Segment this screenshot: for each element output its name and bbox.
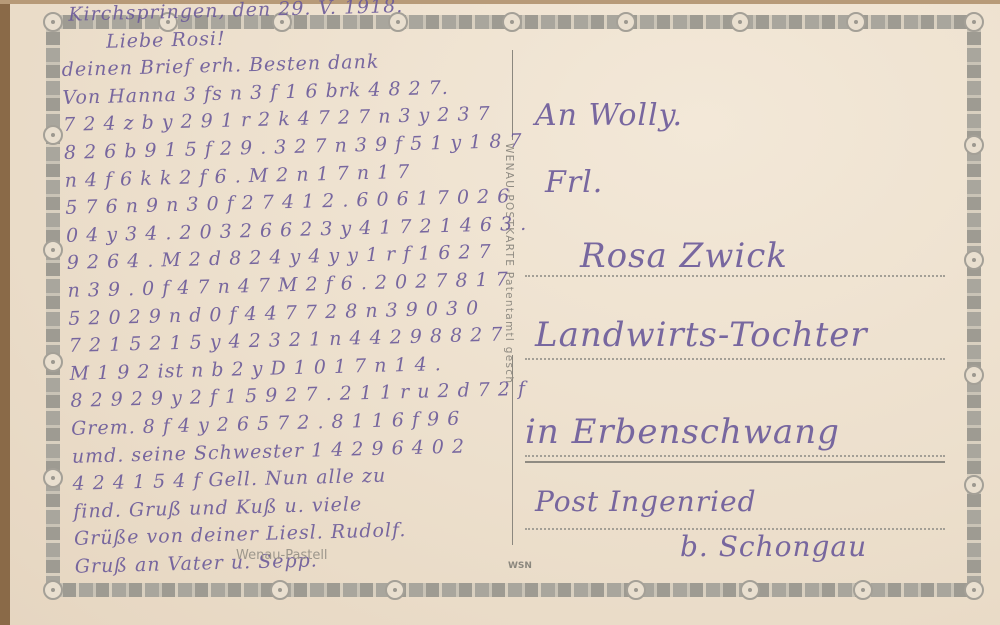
address-post: Post Ingenried: [535, 485, 757, 518]
rosette-ornament: [964, 580, 984, 600]
address-title: Frl.: [545, 165, 603, 200]
rosette-ornament: [270, 580, 290, 600]
rosette-ornament: [964, 365, 984, 385]
address-line-3: [525, 455, 945, 457]
rosette-ornament: [964, 135, 984, 155]
address-to: An Wolly.: [535, 98, 683, 133]
rosette-ornament: [964, 250, 984, 270]
address-name: Rosa Zwick: [580, 236, 788, 276]
message-text: Kirchspringen, den 29. V. 1918. Liebe Ro…: [60, 0, 536, 581]
address-occupation: Landwirts-Tochter: [535, 315, 868, 355]
rosette-ornament: [626, 580, 646, 600]
address-town: in Erbenschwang: [525, 412, 840, 452]
border-right: [967, 15, 981, 595]
rosette-ornament: [43, 240, 63, 260]
address-line-2: [525, 358, 945, 360]
border-bottom: [46, 583, 981, 597]
border-left: [46, 15, 60, 595]
rosette-ornament: [43, 352, 63, 372]
rosette-ornament: [385, 580, 405, 600]
rosette-ornament: [853, 580, 873, 600]
rosette-ornament: [43, 468, 63, 488]
address-region: b. Schongau: [680, 530, 867, 563]
publisher-logo: WSN: [508, 562, 532, 571]
series-imprint: Wenau-Pastell: [236, 548, 328, 563]
rosette-ornament: [740, 580, 760, 600]
rosette-ornament: [964, 475, 984, 495]
rosette-ornament: [964, 12, 984, 32]
rosette-ornament: [43, 125, 63, 145]
address-underline: [525, 461, 945, 463]
rosette-ornament: [43, 580, 63, 600]
rosette-ornament: [730, 12, 750, 32]
rosette-ornament: [846, 12, 866, 32]
rosette-ornament: [616, 12, 636, 32]
